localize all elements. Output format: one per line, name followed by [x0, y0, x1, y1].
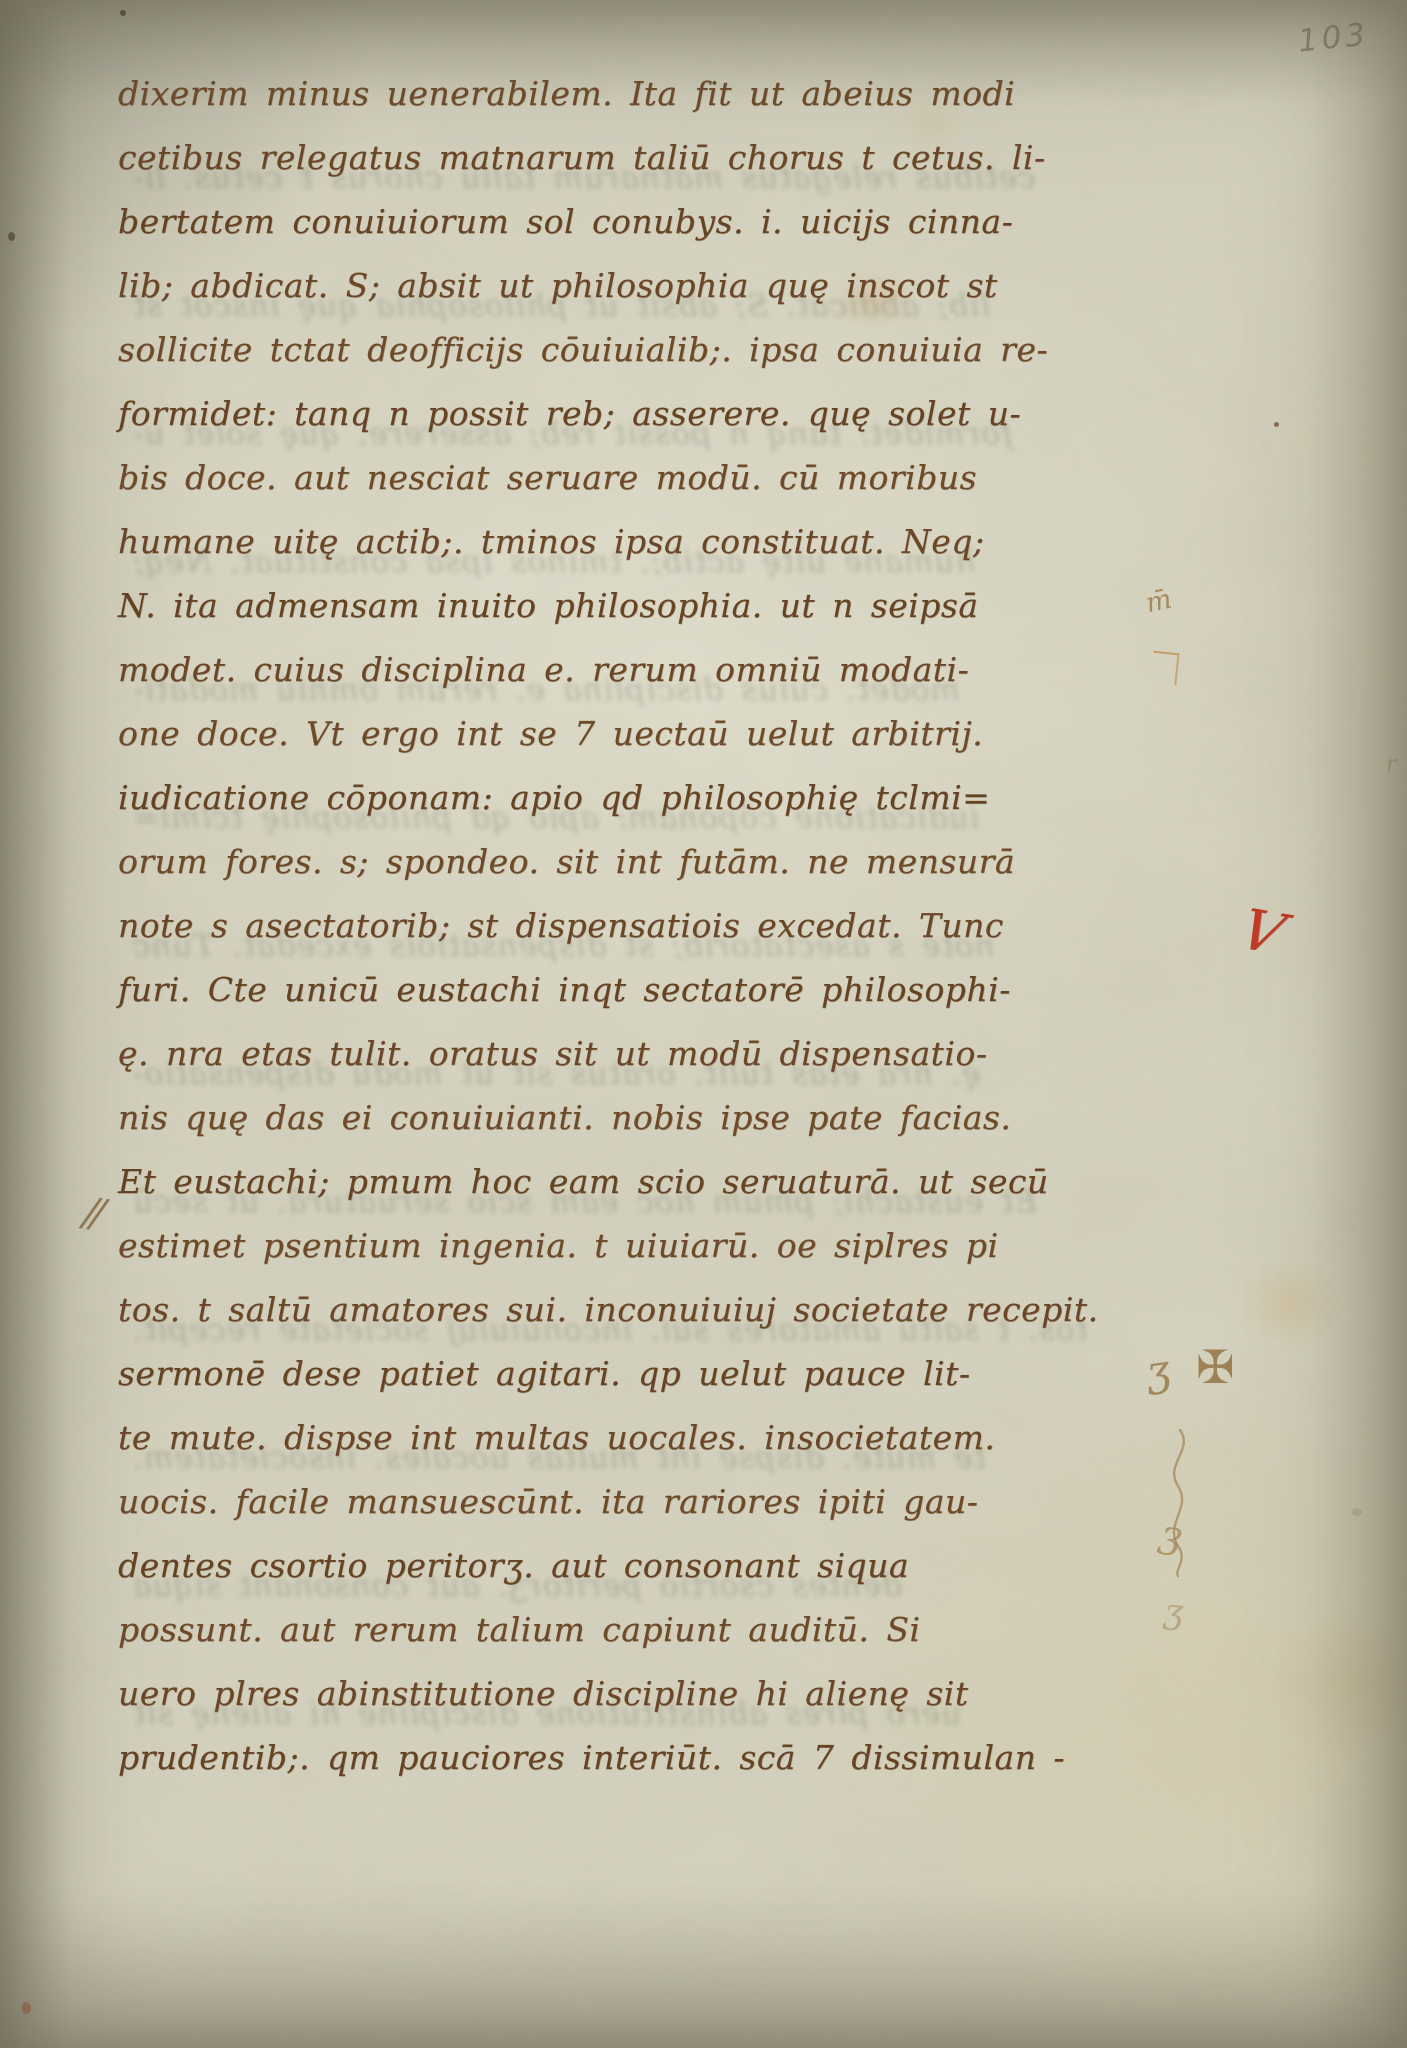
text-line: modet. cuius disciplina e. rerum omniū m…: [118, 638, 1099, 702]
text-line: one doce. Vt ergo int se 7 uectaū uelut …: [118, 702, 1099, 766]
text-line: estimet psentium ingenia. t uiuiarū. oe …: [118, 1214, 1099, 1278]
text-line: dentes csortio peritorʒ. aut consonant s…: [118, 1534, 1099, 1598]
text-line: N. ita admensam inuito philosophia. ut n…: [118, 574, 1099, 638]
text-line: bis doce. aut nesciat seruare modū. cū m…: [118, 446, 1099, 510]
text-line: orum fores. s; spondeo. sit int futām. n…: [118, 830, 1099, 894]
margin-m-flourish: m̄: [1143, 584, 1174, 619]
text-line: prudentib;. qm pauciores interiūt. scā 7…: [118, 1726, 1099, 1790]
text-line: furi. Cte unicū eustachi inqt sectatorē …: [118, 958, 1099, 1022]
margin-pen-trial: r: [1386, 752, 1397, 777]
margin-red-nota: V: [1232, 898, 1292, 967]
text-line: cetibus relegatus matnarum taliū chorus …: [118, 126, 1099, 190]
edge-speck: [22, 2002, 31, 2014]
edge-speck: [1352, 1508, 1362, 1516]
text-line: lib; abdicat. S; absit ut philosophia qu…: [118, 254, 1099, 318]
text-line: formidet: tanq n possit reb; asserere. q…: [118, 382, 1099, 446]
text-line: nis quę das ei conuiuianti. nobis ipse p…: [118, 1086, 1099, 1150]
margin-z-squiggle: ʒ: [1143, 1345, 1173, 1397]
parchment-stain: [1268, 1610, 1407, 1760]
text-line: iudicatione cōponam: apio qd philosophię…: [118, 766, 1099, 830]
text-line: te mute. dispse int multas uocales. inso…: [118, 1406, 1099, 1470]
edge-speck: [8, 232, 15, 241]
text-line: tos. t saltū amatores sui. inconuiuiuj s…: [118, 1278, 1099, 1342]
margin-cross-nota: ✠: [1196, 1340, 1235, 1394]
manuscript-text-block: dixerim minus uenerabilem. Ita fit ut ab…: [118, 62, 1099, 1790]
text-line: uocis. facile mansuescūnt. ita rariores …: [118, 1470, 1099, 1534]
margin-squiggle: ʒ: [1163, 1591, 1185, 1632]
folio-number: 103: [1296, 16, 1371, 59]
margin-left-nota: ∕∕: [81, 1189, 102, 1237]
text-line: note s asectatorib; st dispensatiois exc…: [118, 894, 1099, 958]
text-line: sermonē dese patiet agitari. qp uelut pa…: [118, 1342, 1099, 1406]
margin-ink-dot: [1274, 422, 1279, 427]
manuscript-page: cetibus relegatus matnarum taliū chorus …: [0, 0, 1407, 2048]
text-line: dixerim minus uenerabilem. Ita fit ut ab…: [118, 62, 1099, 126]
text-line: Et eustachi; pmum hoc eam scio seruaturā…: [118, 1150, 1099, 1214]
text-line: humane uitę actib;. tminos ipsa constitu…: [118, 510, 1099, 574]
text-line: possunt. aut rerum talium capiunt auditū…: [118, 1598, 1099, 1662]
margin-bracket-mark: [1150, 651, 1179, 686]
text-line: uero plres abinstitutione discipline hi …: [118, 1662, 1099, 1726]
edge-speck: [120, 10, 126, 16]
text-line: bertatem conuiuiorum sol conubys. i. uic…: [118, 190, 1099, 254]
parchment-stain: [1236, 1256, 1346, 1352]
text-line: sollicite tctat deofficijs cōuiuialib;. …: [118, 318, 1099, 382]
text-line: ę. nra etas tulit. oratus sit ut modū di…: [118, 1022, 1099, 1086]
